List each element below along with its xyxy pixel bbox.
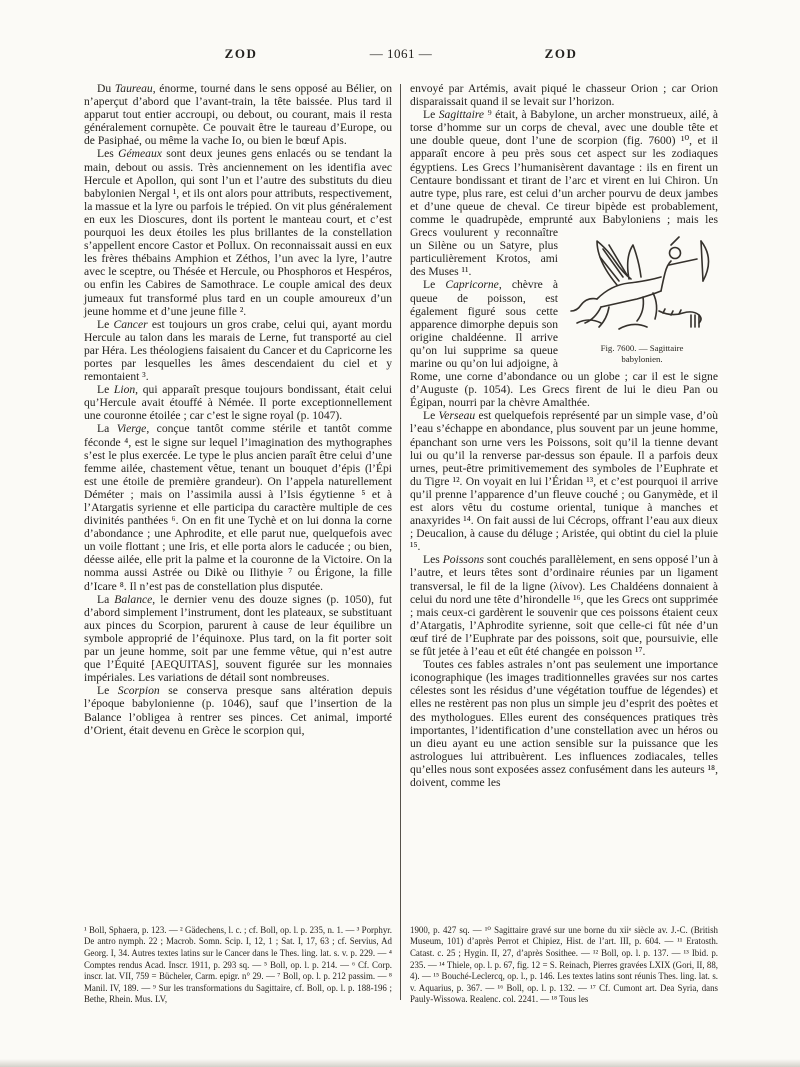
scanned-page: ZOD — 1061 — ZOD Du Taureau, énorme, tou… bbox=[84, 46, 718, 1006]
page-header: ZOD — 1061 — ZOD bbox=[84, 46, 718, 68]
sign-name-capricorne: Capricorne bbox=[445, 278, 498, 291]
paragraph-scorpion-continuation: envoyé par Artémis, avait piqué le chass… bbox=[410, 82, 718, 108]
paragraph-balance: La Balance, le dernier venu des douze si… bbox=[84, 593, 392, 685]
para-lead: Le bbox=[97, 318, 113, 331]
sagittarius-woodcut-illustration bbox=[567, 227, 717, 339]
paragraph-scorpion: Le Scorpion se conserva presque sans alt… bbox=[84, 684, 392, 736]
sign-name-taureau: Taureau bbox=[115, 82, 153, 95]
left-column-body: Du Taureau, énorme, tourné dans le sens … bbox=[84, 82, 392, 737]
sign-name-poissons: Poissons bbox=[443, 553, 484, 566]
figure-caption-line2: babylonien. bbox=[566, 354, 718, 365]
sign-name-balance: Balance bbox=[114, 593, 152, 606]
right-column-body: envoyé par Artémis, avait piqué le chass… bbox=[410, 82, 718, 789]
para-lead: Le bbox=[423, 278, 445, 291]
paragraph-taureau: Du Taureau, énorme, tourné dans le sens … bbox=[84, 82, 392, 147]
paragraph-cancer: Le Cancer est toujours un gros crabe, ce… bbox=[84, 318, 392, 383]
para-text: , conçue tantôt comme stérile et tantôt … bbox=[84, 422, 392, 592]
para-lead: Du bbox=[97, 82, 115, 95]
para-lead: Le bbox=[97, 684, 118, 697]
sign-name-scorpion: Scorpion bbox=[118, 684, 160, 697]
page-number: — 1061 — bbox=[370, 46, 433, 62]
sign-name-lion: Lion bbox=[114, 383, 135, 396]
para-lead: Le bbox=[423, 409, 439, 422]
sign-name-gemeaux: Gémeaux bbox=[118, 147, 162, 160]
para-lead: Le bbox=[423, 108, 439, 121]
para-lead: La bbox=[97, 593, 114, 606]
para-lead: La bbox=[97, 422, 117, 435]
para-text: est quelquefois représenté par un simple… bbox=[410, 409, 718, 553]
right-column: envoyé par Artémis, avait piqué le chass… bbox=[410, 82, 718, 1006]
para-lead: Les bbox=[423, 553, 443, 566]
para-text: sont deux jeunes gens enlacés ou se tend… bbox=[84, 147, 392, 317]
para-text: Toutes ces fables astrales n’ont pas seu… bbox=[410, 658, 718, 789]
paragraph-sagittaire: Le Sagittaire ⁹ était, à Babylone, un ar… bbox=[410, 108, 718, 278]
left-column: Du Taureau, énorme, tourné dans le sens … bbox=[84, 82, 392, 1006]
scan-bottom-edge bbox=[0, 1059, 800, 1067]
sign-name-cancer: Cancer bbox=[113, 318, 147, 331]
para-lead: Le bbox=[97, 383, 114, 396]
paragraph-lion: Le Lion, qui apparaît presque toujours b… bbox=[84, 383, 392, 422]
paragraph-poissons: Les Poissons sont couchés parallèlement,… bbox=[410, 553, 718, 658]
footnotes-right: 1900, p. 427 sq. — ¹⁰ Sagittaire gravé s… bbox=[410, 925, 718, 1006]
running-title-right: ZOD bbox=[545, 46, 578, 62]
paragraph-fables-astrales: Toutes ces fables astrales n’ont pas seu… bbox=[410, 658, 718, 789]
figure-sagittarius: Fig. 7600. — Sagittairebabylonien. bbox=[566, 227, 718, 365]
paragraph-gemeaux: Les Gémeaux sont deux jeunes gens enlacé… bbox=[84, 147, 392, 317]
sign-name-vierge: Vierge bbox=[117, 422, 147, 435]
footnotes-left: ¹ Boll, Sphaera, p. 123. — ² Gädechens, … bbox=[84, 925, 392, 1006]
paragraph-vierge: La Vierge, conçue tantôt comme stérile e… bbox=[84, 422, 392, 592]
para-text: , le dernier venu des douze signes (p. 1… bbox=[84, 593, 392, 685]
column-divider-rule bbox=[400, 84, 401, 1000]
para-text: ⁹ était, à Babylone, un archer monstrueu… bbox=[410, 108, 718, 226]
paragraph-verseau: Le Verseau est quelquefois représenté pa… bbox=[410, 409, 718, 553]
sign-name-verseau: Verseau bbox=[439, 409, 476, 422]
para-text: envoyé par Artémis, avait piqué le chass… bbox=[410, 82, 718, 108]
figure-caption-line1: Fig. 7600. — Sagittaire bbox=[566, 343, 718, 354]
sign-name-sagittaire: Sagittaire bbox=[439, 108, 484, 121]
para-lead: Les bbox=[97, 147, 118, 160]
text-columns: Du Taureau, énorme, tourné dans le sens … bbox=[84, 82, 718, 1006]
running-title-left: ZOD bbox=[225, 46, 258, 62]
para-text: sont couchés parallèlement, en sens oppo… bbox=[410, 553, 718, 658]
